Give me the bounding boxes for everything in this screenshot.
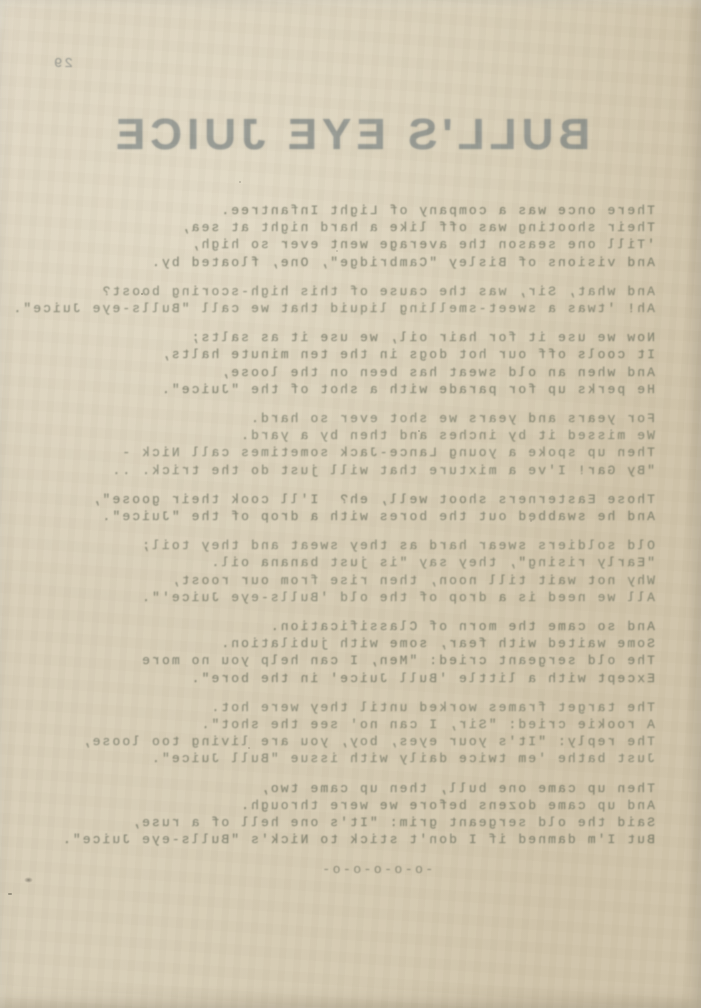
poem-line: And he swabbed out the bores with a drop…: [0, 508, 655, 525]
poem-line: Said the old sergeant grim: "It's one he…: [0, 814, 655, 831]
poem-line: And visions of Bisley "Cambridge", One, …: [0, 254, 655, 271]
stanza: And what, Sir, was the cause of this hig…: [0, 283, 655, 317]
mirrored-bleedthrough-content: 29 BULL'S EYE JUICE There once was a com…: [0, 0, 701, 1008]
scanned-page: 29 BULL'S EYE JUICE There once was a com…: [0, 0, 701, 1008]
poem-line: Except with a little 'Bull Juice' in the…: [0, 670, 655, 687]
stanza: For years and years we shot ever so hard…: [0, 410, 655, 479]
poem-line: He perks up for parade with a shot of th…: [0, 381, 655, 398]
poem-line: All we need is a drop of the old 'Bulls-…: [0, 589, 655, 606]
page-title: BULL'S EYE JUICE: [0, 0, 701, 160]
stanza: Old soldiers swear hard as they sweat an…: [0, 537, 655, 606]
stanza: And so came the morn of Classification.S…: [0, 618, 655, 687]
poem-line: And when an old sweat has been on the lo…: [0, 364, 655, 381]
stanza: Now we use it for hair oil, we use it as…: [0, 329, 655, 398]
stanza: Then up came one bull, then up came two,…: [0, 780, 655, 849]
poem-line: Those Easterners shoot well, eh? I'll co…: [0, 491, 655, 508]
poem-line: For years and years we shot ever so hard…: [0, 410, 655, 427]
page-number: 29: [52, 56, 73, 72]
poem-line: Now we use it for hair oil, we use it as…: [0, 329, 655, 346]
poem-line: The old sergeant cried: "Men, I can help…: [0, 652, 655, 669]
poem: There once was a company of Light Infant…: [0, 202, 701, 849]
stanza: Those Easterners shoot well, eh? I'll co…: [0, 491, 655, 525]
divider-ornament: -o-o-o-o-o-: [0, 862, 701, 877]
poem-line: It cools off our hot dogs in the ten min…: [0, 346, 655, 363]
poem-line: Just bathe 'em twice daily with issue "B…: [0, 750, 655, 767]
stanza: The target frames worked until they were…: [0, 699, 655, 768]
poem-line: The reply: "It's your eyes, boy, you are…: [0, 733, 655, 750]
poem-line: Then up spoke a young Lance-Jack sometim…: [0, 444, 655, 461]
poem-line: Then up came one bull, then up came two,: [0, 780, 655, 797]
stanza: There once was a company of Light Infant…: [0, 202, 655, 271]
poem-line: "By Gar! I've a mixture that will just d…: [0, 462, 655, 479]
poem-line: Ah! 'twas a sweet-smelling liquid that w…: [0, 300, 655, 317]
poem-line: There once was a company of Light Infant…: [0, 202, 655, 219]
poem-line: But I'm damned if I don't stick to Nick'…: [0, 831, 655, 848]
poem-line: "Early rising", they say "is just banana…: [0, 554, 655, 571]
poem-line: 'Till one season the average went ever s…: [0, 236, 655, 253]
poem-line: And up came dozens before we were throug…: [0, 797, 655, 814]
poem-line: The target frames worked until they were…: [0, 699, 655, 716]
poem-line: And so came the morn of Classification.: [0, 618, 655, 635]
poem-line: Why not wait till noon, then rise from o…: [0, 572, 655, 589]
poem-line: A rookie cried: "Sir, I can no' see the …: [0, 716, 655, 733]
poem-line: And what, Sir, was the cause of this hig…: [0, 283, 655, 300]
poem-line: Some waited with fear, some with jubilat…: [0, 635, 655, 652]
poem-line: Old soldiers swear hard as they sweat an…: [0, 537, 655, 554]
poem-line: Their shooting was off like a hard night…: [0, 219, 655, 236]
poem-line: We missed it by inches and then by a yar…: [0, 427, 655, 444]
